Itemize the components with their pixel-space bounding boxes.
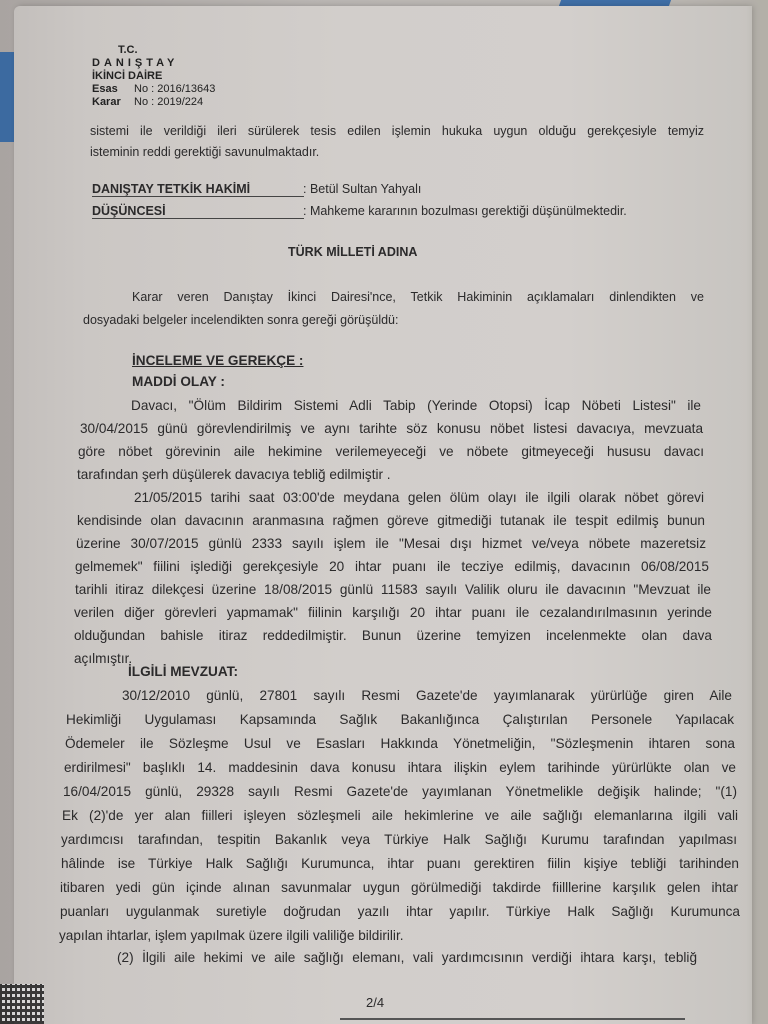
opinion-text: : Mahkeme kararının bozulması gerektiği … <box>303 204 627 218</box>
header-esas: EsasNo : 2016/13643 <box>92 83 215 96</box>
text-line: erdirilmesi" başlıklı 14. maddesinin dav… <box>64 760 736 775</box>
section-subheading-facts: MADDİ OLAY : <box>132 374 225 389</box>
text-line: hâlinde ise Türkiye Halk Sağlığı Kurumun… <box>61 856 739 871</box>
page-number: 2/4 <box>366 995 384 1010</box>
text-line: 30/12/2010 günlü, 27801 sayılı Resmi Gaz… <box>122 688 732 703</box>
section-heading-review: İNCELEME VE GEREKÇE : <box>132 353 303 368</box>
text-line: itibaren yedi gün içinde alınan savunmal… <box>60 880 738 895</box>
text-line: 21/05/2015 tarihi saat 03:00'de meydana … <box>134 490 704 505</box>
text-line: 16/04/2015 günlü, 29328 sayılı Resmi Gaz… <box>63 784 737 799</box>
header-karar: KararNo : 2019/224 <box>92 96 215 109</box>
opinion-label: DÜŞÜNCESİ <box>92 204 304 219</box>
text-line: sistemi ile verildiği ileri sürülerek te… <box>90 124 704 138</box>
text-line: puanları uygulanmak suretiyle doğrudan y… <box>60 904 740 919</box>
text-line: yardımcısı tarafından, tespitin Bakanlık… <box>61 832 737 847</box>
text-line: Hekimliği Uygulaması Kapsamında Sağlık B… <box>66 712 734 727</box>
page-edge-shadow <box>746 0 768 1024</box>
judge-name: : Betül Sultan Yahyalı <box>303 182 421 196</box>
text-line: Davacı, "Ölüm Bildirim Sistemi Adli Tabi… <box>131 398 701 413</box>
text-line: verilen diğer görevleri yapmamak" fiilin… <box>74 605 712 620</box>
text-line: Ödemeler ile Sözleşme Usul ve Esasları H… <box>65 736 735 751</box>
text-line: tarafından şerh düşülerek davacıya tebli… <box>77 467 703 482</box>
document-header: T.C. DANIŞTAY İKİNCİ DAİRE EsasNo : 2016… <box>92 44 215 109</box>
header-court: DANIŞTAY <box>92 57 215 70</box>
text-line: açılmıştır. <box>74 651 132 666</box>
text-line: gelmemek" fiilini işlediği gerekçesiyle … <box>75 559 709 574</box>
footer-rule <box>340 1018 685 1020</box>
text-line: üzerine 30/07/2015 günlü 2333 sayılı işl… <box>76 536 706 551</box>
decision-title: TÜRK MİLLETİ ADINA <box>288 245 417 259</box>
text-line: isteminin reddi gerektiği savunulmaktadı… <box>90 145 319 159</box>
qr-code-icon <box>0 984 44 1024</box>
text-line: kendisinde olan davacının aranmasına rağ… <box>77 513 705 528</box>
text-line: (2) İlgili aile hekimi ve aile sağlığı e… <box>117 950 697 965</box>
text-line: tarihli itiraz dilekçesi üzerine 18/08/2… <box>75 582 711 597</box>
section-heading-law: İLGİLİ MEVZUAT: <box>128 664 238 679</box>
text-line: dosyadaki belgeler incelendikten sonra g… <box>83 313 399 327</box>
text-line: olduğundan bahisle itiraz reddedilmiştir… <box>74 628 712 643</box>
text-line: göre nöbet görevinin aile hekimine veril… <box>78 444 704 459</box>
header-chamber: İKİNCİ DAİRE <box>92 70 215 83</box>
text-line: yapılan ihtarlar, işlem yapılmak üzere i… <box>59 928 404 943</box>
text-line: 30/04/2015 günü görevlendirilmiş ve aynı… <box>80 421 703 436</box>
header-tc: T.C. <box>92 44 215 57</box>
judge-label: DANIŞTAY TETKİK HAKİMİ <box>92 182 304 197</box>
text-line: Karar veren Danıştay İkinci Dairesi'nce,… <box>132 290 704 304</box>
text-line: Ek (2)'de yer alan fiilleri işleyen sözl… <box>62 808 738 823</box>
